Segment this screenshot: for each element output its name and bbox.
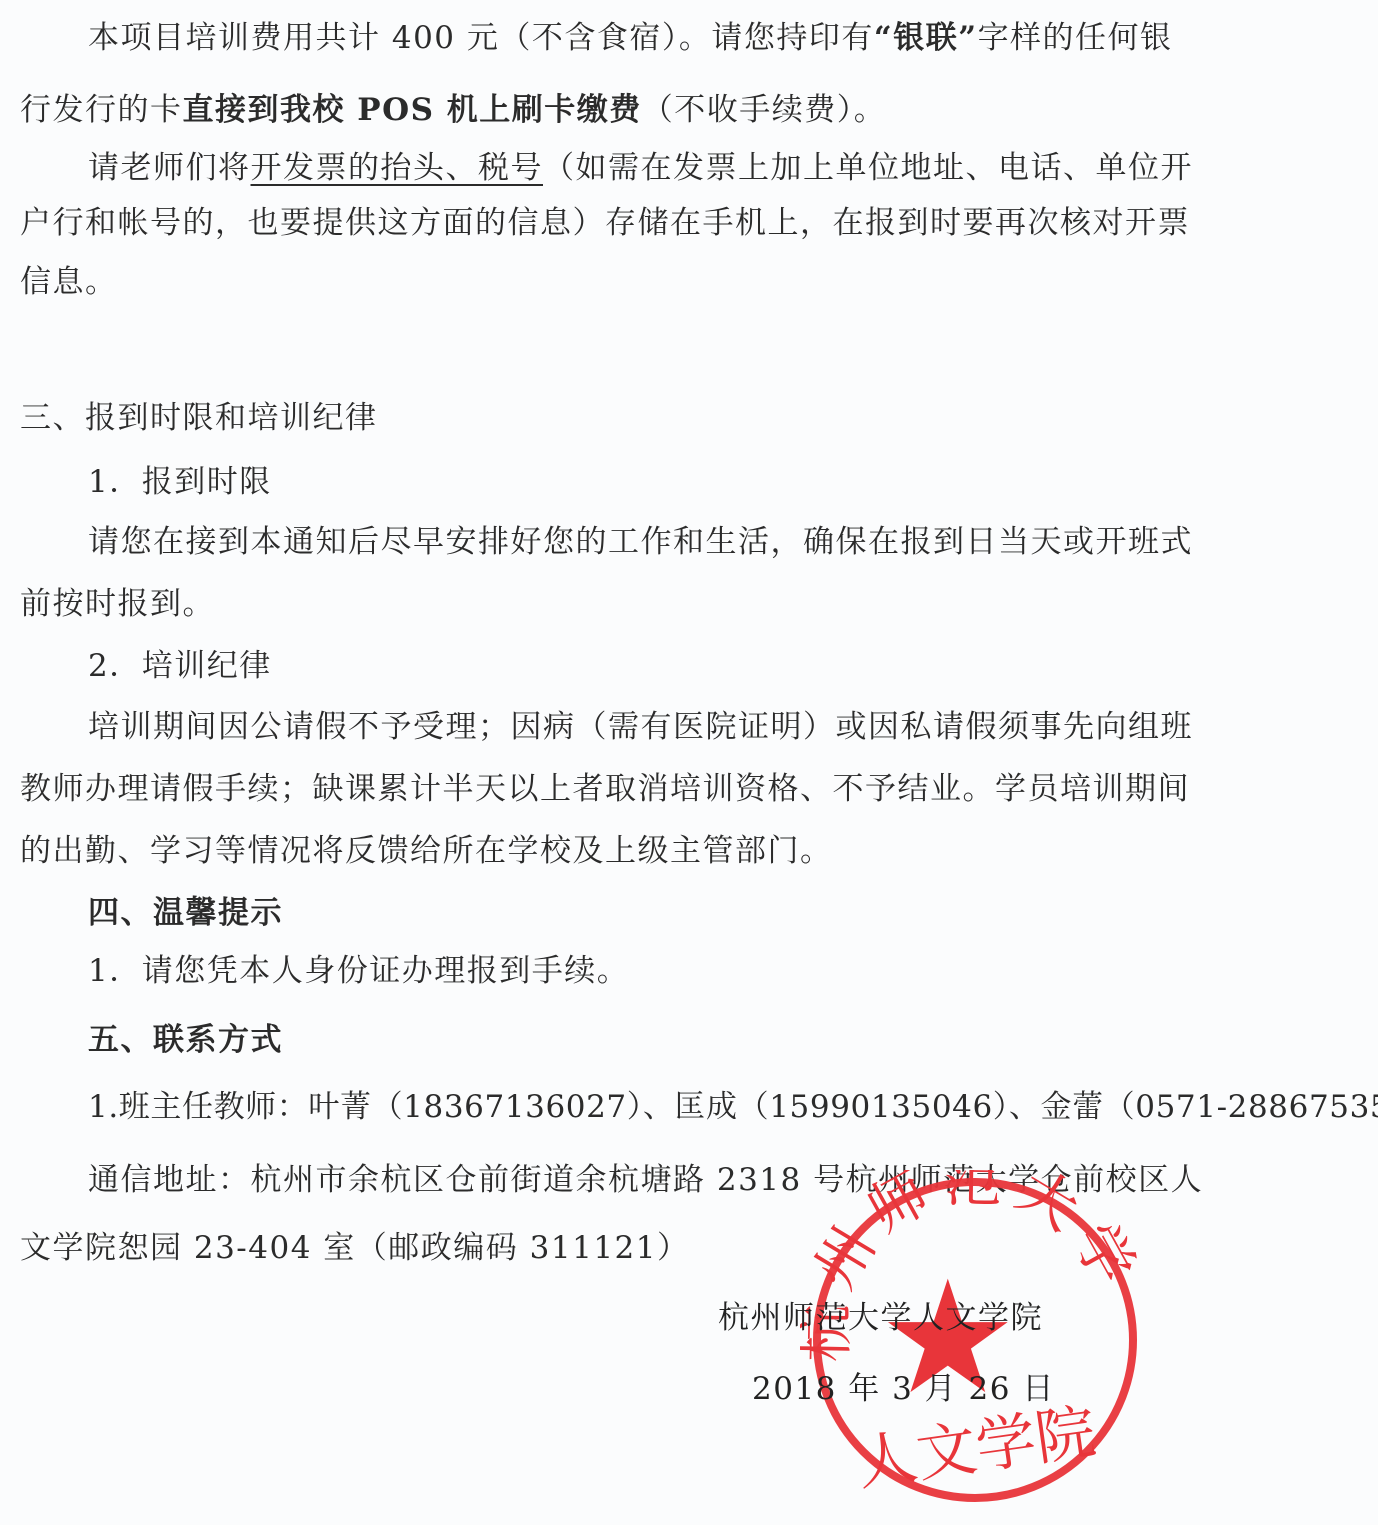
section-3-sub-1-heading: 1．报到时限 [88, 462, 272, 502]
text-run: 行发行的卡 [20, 92, 183, 128]
fee-paragraph-line-1: 本项目培训费用共计 400 元（不含食宿）。请您持印有“银联”字样的任何银 [88, 18, 1173, 58]
section-3-sub-1-line-2: 前按时报到。 [20, 584, 215, 624]
unionpay-emphasis: “银联” [874, 20, 978, 56]
document-page: 本项目培训费用共计 400 元（不含食宿）。请您持印有“银联”字样的任何银 行发… [0, 0, 1378, 1525]
invoice-paragraph-line-3: 信息。 [20, 262, 118, 302]
pos-payment-emphasis: 直接到我校 POS 机上刷卡缴费 [183, 92, 642, 128]
section-3-heading: 三、报到时限和培训纪律 [20, 398, 378, 438]
fee-paragraph-line-2: 行发行的卡直接到我校 POS 机上刷卡缴费（不收手续费）。 [20, 90, 886, 130]
text-run: 请老师们将 [88, 150, 251, 186]
section-3-sub-2-line-1: 培训期间因公请假不予受理；因病（需有医院证明）或因私请假须事先向组班 [88, 707, 1193, 747]
section-4-item-1: 1．请您凭本人身份证办理报到手续。 [88, 951, 629, 991]
invoice-paragraph-line-2: 户行和帐号的，也要提供这方面的信息）存储在手机上，在报到时要再次核对开票 [20, 203, 1190, 243]
section-3-sub-1-line-1: 请您在接到本通知后尽早安排好您的工作和生活，确保在报到日当天或开班式 [88, 522, 1193, 562]
official-seal: 杭州师范大学 人文学院 [800, 1170, 1160, 1515]
text-run: （如需在发票上加上单位地址、电话、单位开 [543, 150, 1193, 186]
section-4-heading: 四、温馨提示 [88, 893, 283, 933]
text-run: （不收手续费）。 [642, 92, 887, 128]
signature-date: 2018 年 3 月 26 日 [752, 1369, 1055, 1409]
section-3-sub-2-line-3: 的出勤、学习等情况将反馈给所在学校及上级主管部门。 [20, 831, 833, 871]
signature-organization: 杭州师范大学人文学院 [718, 1298, 1043, 1338]
invoice-paragraph-line-1: 请老师们将开发票的抬头、税号（如需在发票上加上单位地址、电话、单位开 [88, 148, 1193, 188]
contacts-line: 1.班主任教师：叶菁（18367136027）、匡成（15990135046）、… [88, 1087, 1378, 1127]
section-3-sub-2-heading: 2．培训纪律 [88, 646, 272, 686]
text-run: 本项目培训费用共计 400 元（不含食宿）。请您持印有 [88, 20, 874, 56]
invoice-title-underlined: 开发票的抬头、税号 [251, 150, 544, 186]
text-run: 字样的任何银 [978, 20, 1173, 56]
address-line-2: 文学院恕园 23-404 室（邮政编码 311121） [20, 1228, 690, 1268]
seal-inner-text: 人文学院 [853, 1397, 1100, 1500]
section-5-heading: 五、联系方式 [88, 1020, 283, 1060]
section-3-sub-2-line-2: 教师办理请假手续；缺课累计半天以上者取消培训资格、不予结业。学员培训期间 [20, 769, 1190, 809]
